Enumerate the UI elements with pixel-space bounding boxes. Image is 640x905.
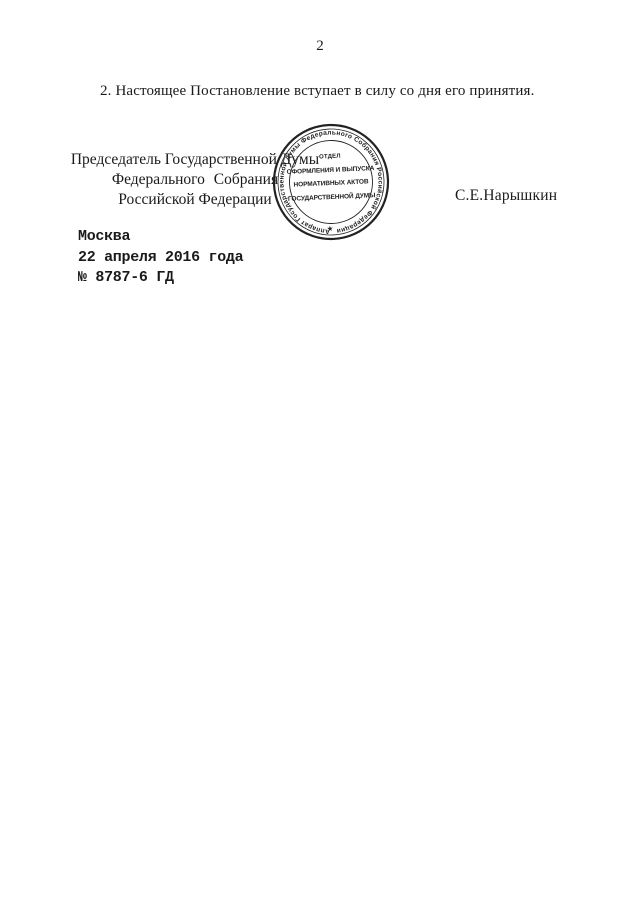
stamp-dept-line-1: ОТДЕЛ [319,154,341,161]
issue-number: № 8787-6 ГД [78,268,243,289]
document-page: 2 2. Настоящее Постановление вступает в … [0,0,640,905]
page-number: 2 [0,38,640,55]
star-icon: ★ [326,224,333,233]
stamp-dept-line-3: НОРМАТИВНЫХ АКТОВ [293,178,369,188]
stamp-dept-line-2: ОФОРМЛЕНИЯ И ВЫПУСКА [287,165,375,176]
official-round-stamp: Аппарат Государственной Думы Федеральног… [262,113,400,251]
stamp-seal-graphic: Аппарат Государственной Думы Федеральног… [262,113,400,251]
issue-city: Москва [78,227,243,248]
signatory-name: С.Е.Нарышкин [455,187,557,205]
issue-date: 22 апреля 2016 года [78,248,243,269]
issue-details-block: Москва 22 апреля 2016 года № 8787-6 ГД [78,227,243,289]
resolution-paragraph: 2. Настоящее Постановление вступает в си… [100,83,560,100]
stamp-dept-line-4: ГОСУДАРСТВЕННОЙ ДУМЫ [288,190,376,203]
